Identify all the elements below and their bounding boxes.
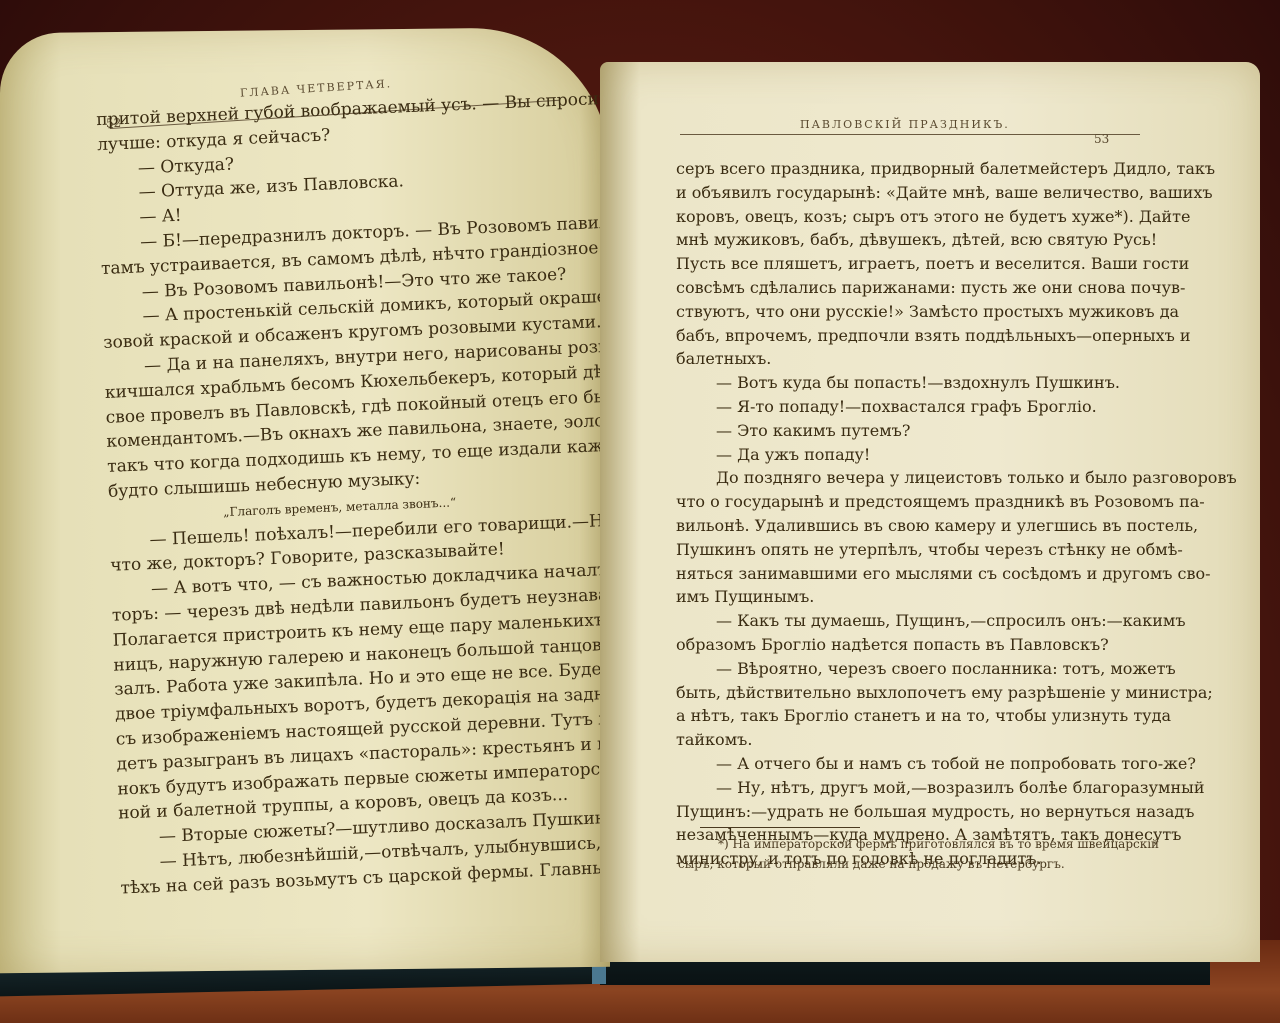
text-line: — Я-то попаду!—похвастался графъ Брогліо… xyxy=(676,395,1128,419)
text-line: коровъ, овецъ, козъ; сыръ отъ этого не б… xyxy=(676,205,1128,229)
text-line: Пушкинъ опять не утерпѣлъ, чтобы черезъ … xyxy=(676,538,1128,562)
text-line: — Это какимъ путемъ? xyxy=(676,419,1128,443)
text-line: — Ну, нѣтъ, другъ мой,—возразилъ болѣе б… xyxy=(676,776,1128,800)
right-page-text: серъ всего праздника, придворный балетме… xyxy=(676,157,1128,871)
running-head-right: Павловскій праздникъ. xyxy=(800,118,1010,131)
text-line: совсѣмъ сдѣлались парижанами: пусть же о… xyxy=(676,276,1128,300)
left-page: Глава четвертая. 52 притой верхней губой… xyxy=(0,27,610,973)
footnote-line: *) На императорской фермѣ приготовлялся … xyxy=(678,834,1138,854)
text-line: мнѣ мужиковъ, бабъ, дѣвушекъ, дѣтей, всю… xyxy=(676,228,1128,252)
text-line: вильонѣ. Удалившись въ свою камеру и уле… xyxy=(676,514,1128,538)
text-line: няться занимавшими его мыслями съ сосѣдо… xyxy=(676,562,1128,586)
text-line: ствуютъ, что они русскіе!» Замѣсто прост… xyxy=(676,300,1128,324)
footnote-line: сыръ, который отправляли даже на продажу… xyxy=(678,854,1138,874)
text-line: — Вотъ куда бы попасть!—вздохнулъ Пушкин… xyxy=(676,371,1128,395)
left-page-text: притой верхней губой воображаемый усъ. —… xyxy=(96,89,583,901)
text-line: балетныхъ. xyxy=(676,347,1128,371)
header-rule-right xyxy=(680,134,1140,135)
page-number-right: 53 xyxy=(1094,132,1109,146)
text-line: серъ всего праздника, придворный балетме… xyxy=(676,157,1128,181)
text-line: тайкомъ. xyxy=(676,728,1128,752)
footnote-rule xyxy=(700,827,860,828)
text-line: а нѣтъ, такъ Брогліо станетъ и на то, чт… xyxy=(676,704,1128,728)
text-line: бабъ, впрочемъ, предпочли взять поддѣльн… xyxy=(676,324,1128,348)
text-line: — Какъ ты думаешь, Пущинъ,—спросилъ онъ:… xyxy=(676,609,1128,633)
text-line: — А отчего бы и намъ съ тобой не попробо… xyxy=(676,752,1128,776)
text-line: образомъ Брогліо надѣется попасть въ Пав… xyxy=(676,633,1128,657)
text-line: что о государынѣ и предстоящемъ праздник… xyxy=(676,490,1128,514)
text-line: Пущинъ:—удрать не большая мудрость, но в… xyxy=(676,800,1128,824)
text-line: и объявилъ государынѣ: «Дайте мнѣ, ваше … xyxy=(676,181,1128,205)
text-line: Пусть все пляшетъ, играетъ, поетъ и весе… xyxy=(676,252,1128,276)
text-line: имъ Пущинымъ. xyxy=(676,585,1128,609)
footnote: *) На императорской фермѣ приготовлялся … xyxy=(678,834,1138,874)
right-page: Павловскій праздникъ. 53 серъ всего праз… xyxy=(600,62,1260,962)
text-line: До поздняго вечера у лицеистовъ только и… xyxy=(676,466,1128,490)
text-line: — Да ужъ попаду! xyxy=(676,443,1128,467)
text-line: — Вѣроятно, черезъ своего посланника: то… xyxy=(676,657,1128,681)
text-line: быть, дѣйствительно выхлопочетъ ему разр… xyxy=(676,681,1128,705)
